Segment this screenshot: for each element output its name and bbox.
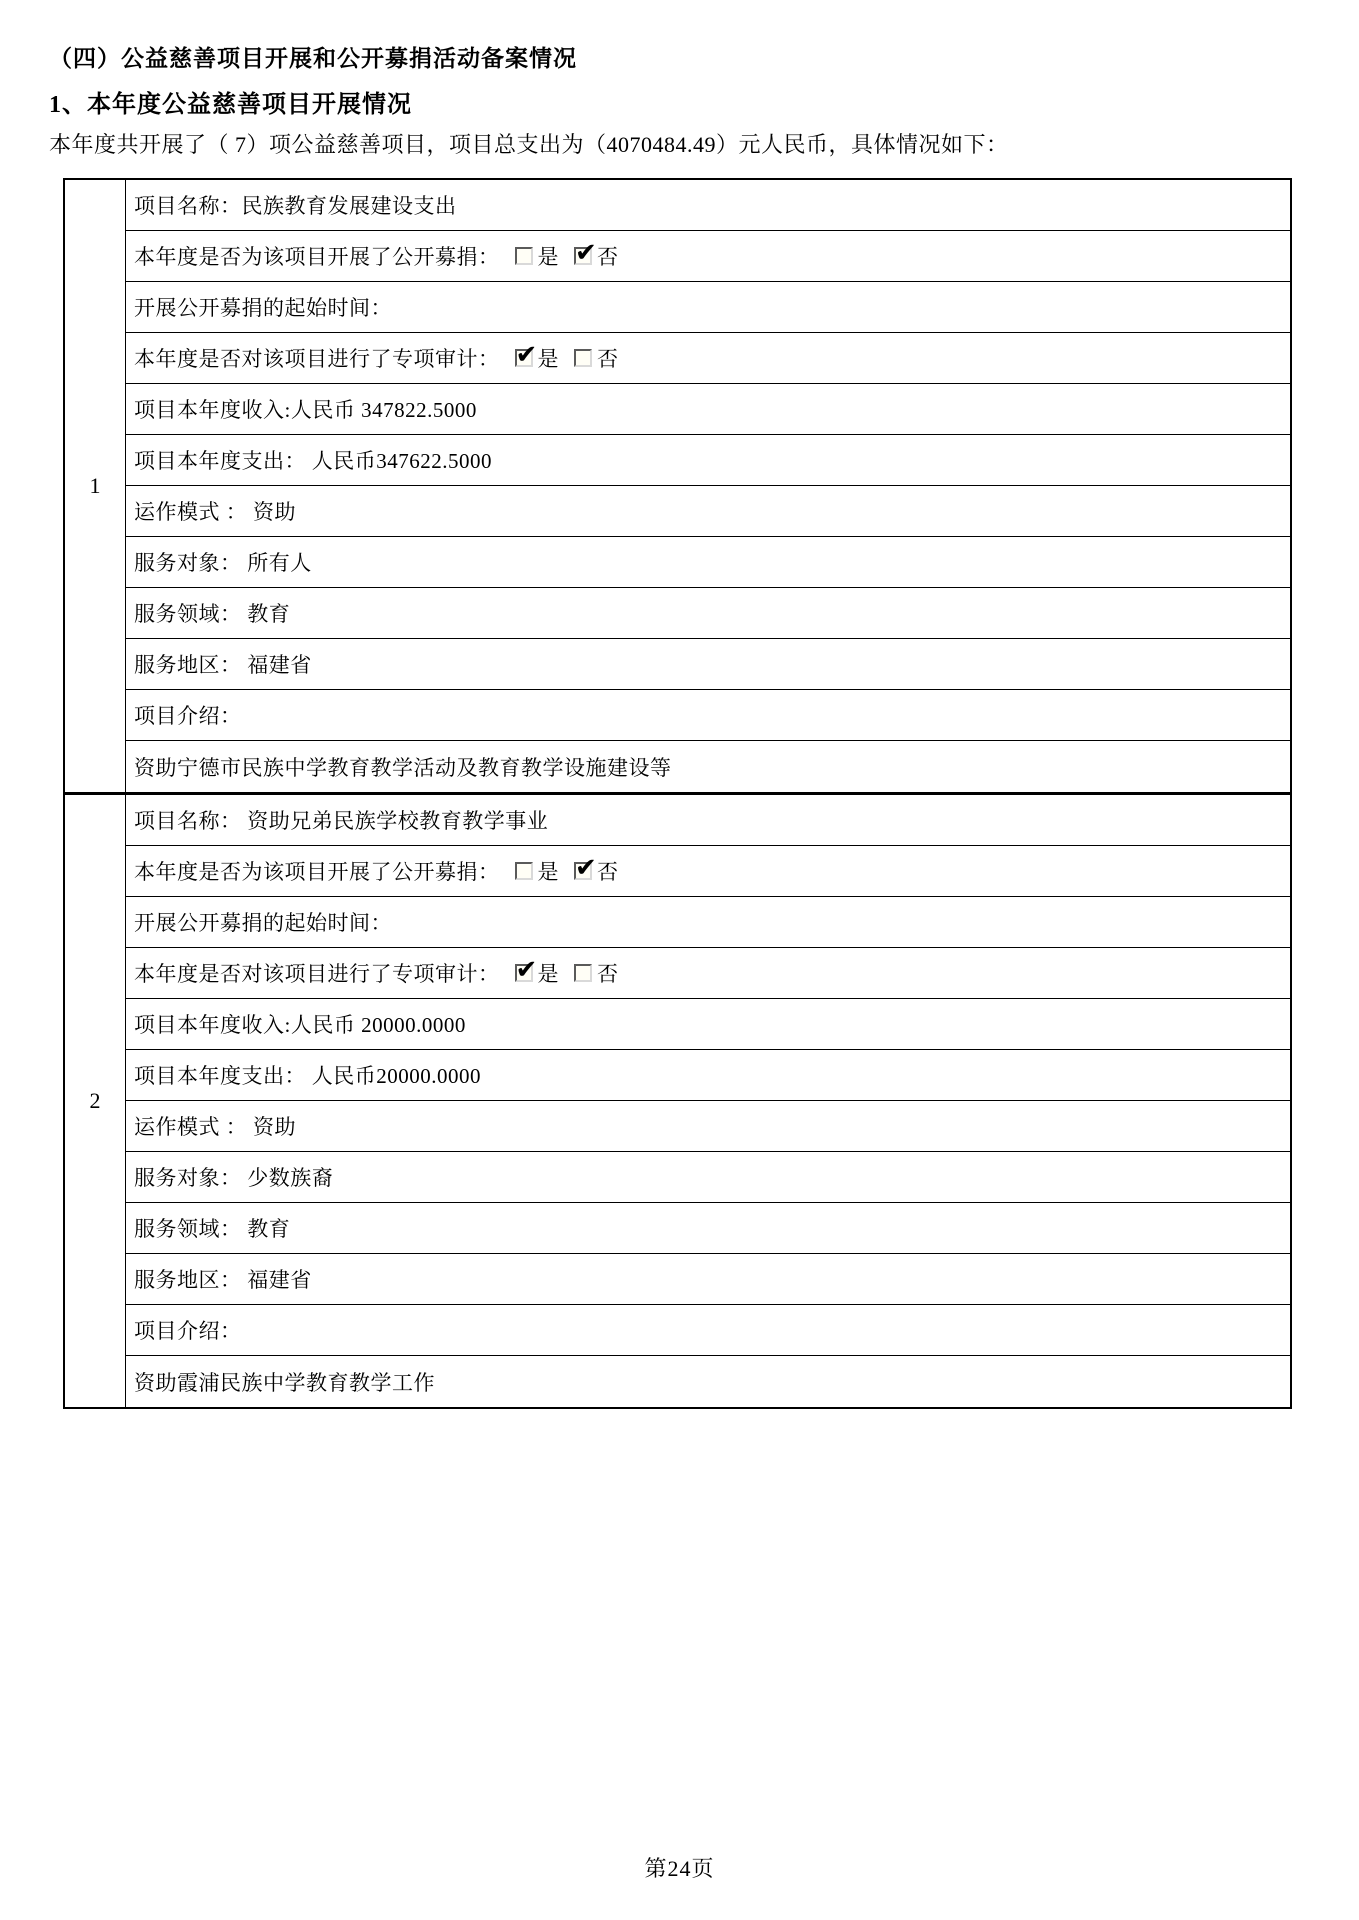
checkbox-unchecked[interactable]: [574, 964, 592, 982]
checkbox-unchecked[interactable]: [515, 247, 533, 265]
row-text: 项目本年度支出： 人民币20000.0000: [134, 1060, 481, 1090]
row-text: 本年度是否对该项目进行了专项审计：: [134, 958, 500, 988]
checkmark-icon: ✔: [516, 957, 538, 983]
table-row: 项目本年度支出： 人民币20000.0000: [126, 1050, 1290, 1101]
row-text: 服务领域： 教育: [134, 598, 290, 628]
checkbox-checked[interactable]: ✔: [515, 964, 533, 982]
table-row: 本年度是否对该项目进行了专项审计：✔是否: [126, 948, 1290, 999]
checkbox-label: 否: [597, 856, 619, 886]
checkbox-label: 否: [597, 241, 619, 271]
table-row: 开展公开募捐的起始时间：: [126, 282, 1290, 333]
row-text: 项目本年度收入:人民币 347822.5000: [134, 394, 477, 424]
row-text: 项目介绍：: [134, 700, 242, 730]
checkbox-checked[interactable]: ✔: [515, 349, 533, 367]
project-block-1: 1项目名称：民族教育发展建设支出本年度是否为该项目开展了公开募捐：是✔否开展公开…: [65, 180, 1290, 795]
table-row: 本年度是否为该项目开展了公开募捐：是✔否: [126, 231, 1290, 282]
table-row: 服务领域： 教育: [126, 1203, 1290, 1254]
row-text: 开展公开募捐的起始时间：: [134, 292, 392, 322]
table-row: 项目名称：民族教育发展建设支出: [126, 180, 1290, 231]
table-row: 服务对象： 所有人: [126, 537, 1290, 588]
checkbox-label: 是: [538, 958, 560, 988]
table-row: 本年度是否对该项目进行了专项审计：✔是否: [126, 333, 1290, 384]
table-row: 本年度是否为该项目开展了公开募捐：是✔否: [126, 846, 1290, 897]
row-text: 开展公开募捐的起始时间：: [134, 907, 392, 937]
checkmark-icon: ✔: [575, 240, 597, 266]
checkbox-unchecked[interactable]: [574, 349, 592, 367]
checkbox-label: 否: [597, 343, 619, 373]
table-row: 服务对象： 少数族裔: [126, 1152, 1290, 1203]
section-title: （四）公益慈善项目开展和公开募捐活动备案情况: [49, 40, 577, 73]
row-text: 本年度是否为该项目开展了公开募捐：: [134, 856, 500, 886]
row-text: 资助宁德市民族中学教育教学活动及教育教学设施建设等: [134, 752, 672, 782]
checkbox-label: 是: [538, 343, 560, 373]
document-page: （四）公益慈善项目开展和公开募捐活动备案情况 1、本年度公益慈善项目开展情况 本…: [0, 0, 1359, 1920]
checkbox-unchecked[interactable]: [515, 862, 533, 880]
row-text: 本年度是否对该项目进行了专项审计：: [134, 343, 500, 373]
row-text: 项目名称：民族教育发展建设支出: [134, 190, 457, 220]
project-rows: 项目名称： 资助兄弟民族学校教育教学事业本年度是否为该项目开展了公开募捐：是✔否…: [126, 795, 1290, 1407]
row-text: 项目本年度收入:人民币 20000.0000: [134, 1009, 466, 1039]
row-text: 运作模式 ： 资助: [134, 1111, 296, 1141]
row-text: 项目名称： 资助兄弟民族学校教育教学事业: [134, 805, 548, 835]
table-row: 服务地区： 福建省: [126, 639, 1290, 690]
checkbox-label: 否: [597, 958, 619, 988]
row-text: 运作模式 ： 资助: [134, 496, 296, 526]
row-text: 项目本年度支出： 人民币347622.5000: [134, 445, 492, 475]
row-text: 项目介绍：: [134, 1315, 242, 1345]
table-row: 项目介绍：: [126, 1305, 1290, 1356]
checkbox-checked[interactable]: ✔: [574, 247, 592, 265]
page-number: 第24页: [0, 1852, 1359, 1883]
table-row: 项目介绍：: [126, 690, 1290, 741]
table-row: 项目名称： 资助兄弟民族学校教育教学事业: [126, 795, 1290, 846]
row-text: 服务地区： 福建省: [134, 1264, 312, 1294]
row-text: 服务领域： 教育: [134, 1213, 290, 1243]
row-text: 服务对象： 所有人: [134, 547, 312, 577]
table-row: 资助霞浦民族中学教育教学工作: [126, 1356, 1290, 1407]
row-text: 资助霞浦民族中学教育教学工作: [134, 1367, 435, 1397]
project-index: 2: [65, 795, 126, 1407]
intro-paragraph: 本年度共开展了（ 7）项公益慈善项目，项目总支出为（4070484.49）元人民…: [49, 128, 1009, 159]
row-text: 本年度是否为该项目开展了公开募捐：: [134, 241, 500, 271]
checkbox-checked[interactable]: ✔: [574, 862, 592, 880]
row-text: 服务对象： 少数族裔: [134, 1162, 333, 1192]
table-row: 运作模式 ： 资助: [126, 1101, 1290, 1152]
project-rows: 项目名称：民族教育发展建设支出本年度是否为该项目开展了公开募捐：是✔否开展公开募…: [126, 180, 1290, 792]
table-row: 运作模式 ： 资助: [126, 486, 1290, 537]
project-index: 1: [65, 180, 126, 792]
row-text: 服务地区： 福建省: [134, 649, 312, 679]
table-row: 开展公开募捐的起始时间：: [126, 897, 1290, 948]
table-row: 资助宁德市民族中学教育教学活动及教育教学设施建设等: [126, 741, 1290, 792]
table-row: 服务地区： 福建省: [126, 1254, 1290, 1305]
checkmark-icon: ✔: [516, 342, 538, 368]
project-block-2: 2项目名称： 资助兄弟民族学校教育教学事业本年度是否为该项目开展了公开募捐：是✔…: [65, 795, 1290, 1407]
checkbox-label: 是: [538, 241, 560, 271]
checkmark-icon: ✔: [575, 855, 597, 881]
table-row: 服务领域： 教育: [126, 588, 1290, 639]
table-row: 项目本年度支出： 人民币347622.5000: [126, 435, 1290, 486]
table-row: 项目本年度收入:人民币 347822.5000: [126, 384, 1290, 435]
projects-table: 1项目名称：民族教育发展建设支出本年度是否为该项目开展了公开募捐：是✔否开展公开…: [63, 178, 1292, 1409]
subsection-title: 1、本年度公益慈善项目开展情况: [49, 84, 412, 119]
checkbox-label: 是: [538, 856, 560, 886]
table-row: 项目本年度收入:人民币 20000.0000: [126, 999, 1290, 1050]
